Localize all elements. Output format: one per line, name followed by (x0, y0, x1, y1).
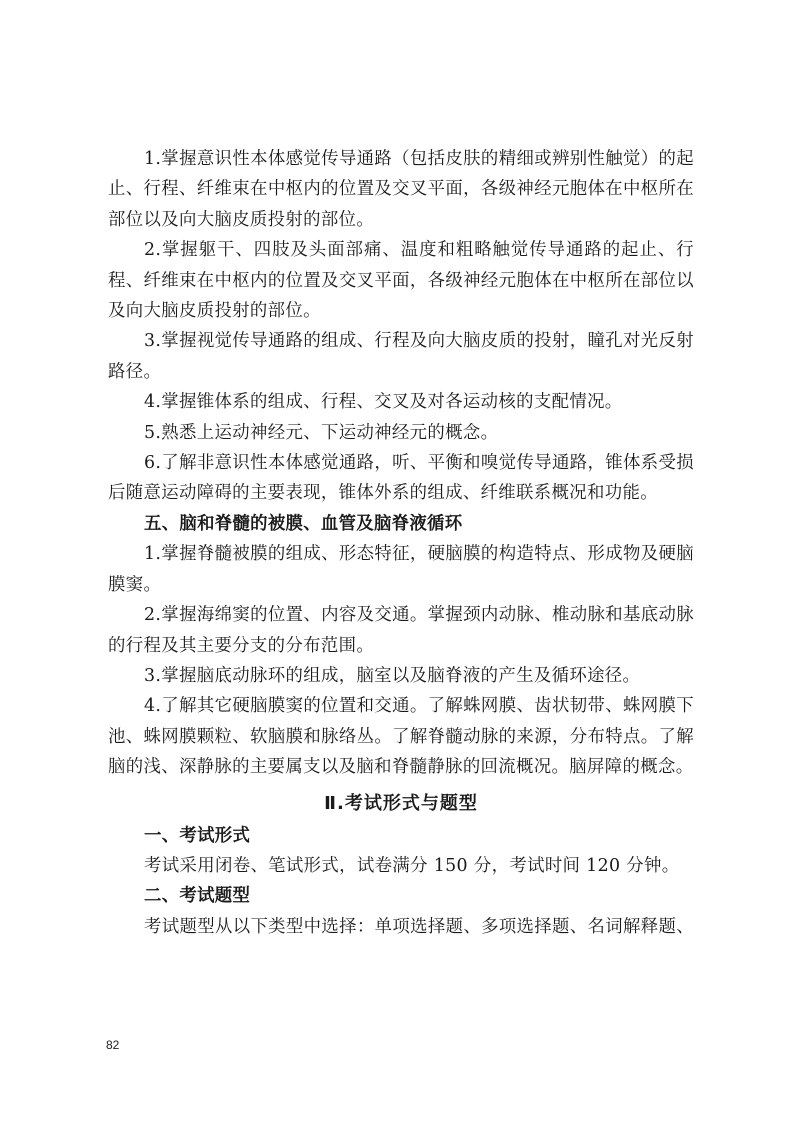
section-heading-meninges: 五、脑和脊髓的被膜、血管及脑脊液循环 (108, 509, 694, 539)
section-heading-exam-types: 二、考试题型 (108, 881, 694, 911)
paragraph-nonconscious-pathway: 6.了解非意识性本体感觉通路，听、平衡和嗅觉传导通路，锥体系受损后随意运动障碍的… (108, 448, 694, 509)
paragraph-pyramidal-system: 4.掌握锥体系的组成、行程、交叉及对各运动核的支配情况。 (108, 387, 694, 417)
section-heading-exam-form: 一、考试形式 (108, 821, 694, 851)
paragraph-motor-neurons: 5.熟悉上运动神经元、下运动神经元的概念。 (108, 418, 694, 448)
paragraph-visual-pathway: 3.掌握视觉传导通路的组成、行程及向大脑皮质的投射，瞳孔对光反射路径。 (108, 326, 694, 387)
paragraph-sensory-pathway-2: 2.掌握躯干、四肢及头面部痛、温度和粗略触觉传导通路的起止、行程、纤维束在中枢内… (108, 235, 694, 326)
page-number: 82 (106, 1038, 119, 1052)
paragraph-sensory-pathway-1: 1.掌握意识性本体感觉传导通路（包括皮肤的精细或辨别性触觉）的起止、行程、纤维束… (108, 144, 694, 235)
paragraph-other-sinuses: 4.了解其它硬脑膜窦的位置和交通。了解蛛网膜、齿状韧带、蛛网膜下池、蛛网膜颗粒、… (108, 691, 694, 782)
paragraph-spinal-meninges: 1.掌握脊髓被膜的组成、形态特征，硬脑膜的构造特点、形成物及硬脑膜窦。 (108, 539, 694, 600)
paragraph-exam-form: 考试采用闭卷、笔试形式，试卷满分 150 分，考试时间 120 分钟。 (108, 851, 694, 881)
part-title-exam-format: Ⅱ.考试形式与题型 (108, 787, 694, 821)
paragraph-circle-of-willis: 3.掌握脑底动脉环的组成，脑室以及脑脊液的产生及循环途径。 (108, 661, 694, 691)
document-page: 1.掌握意识性本体感觉传导通路（包括皮肤的精细或辨别性触觉）的起止、行程、纤维束… (108, 144, 694, 942)
paragraph-exam-types: 考试题型从以下类型中选择：单项选择题、多项选择题、名词解释题、 (108, 912, 694, 942)
paragraph-cavernous-sinus: 2.掌握海绵窦的位置、内容及交通。掌握颈内动脉、椎动脉和基底动脉的行程及其主要分… (108, 600, 694, 661)
